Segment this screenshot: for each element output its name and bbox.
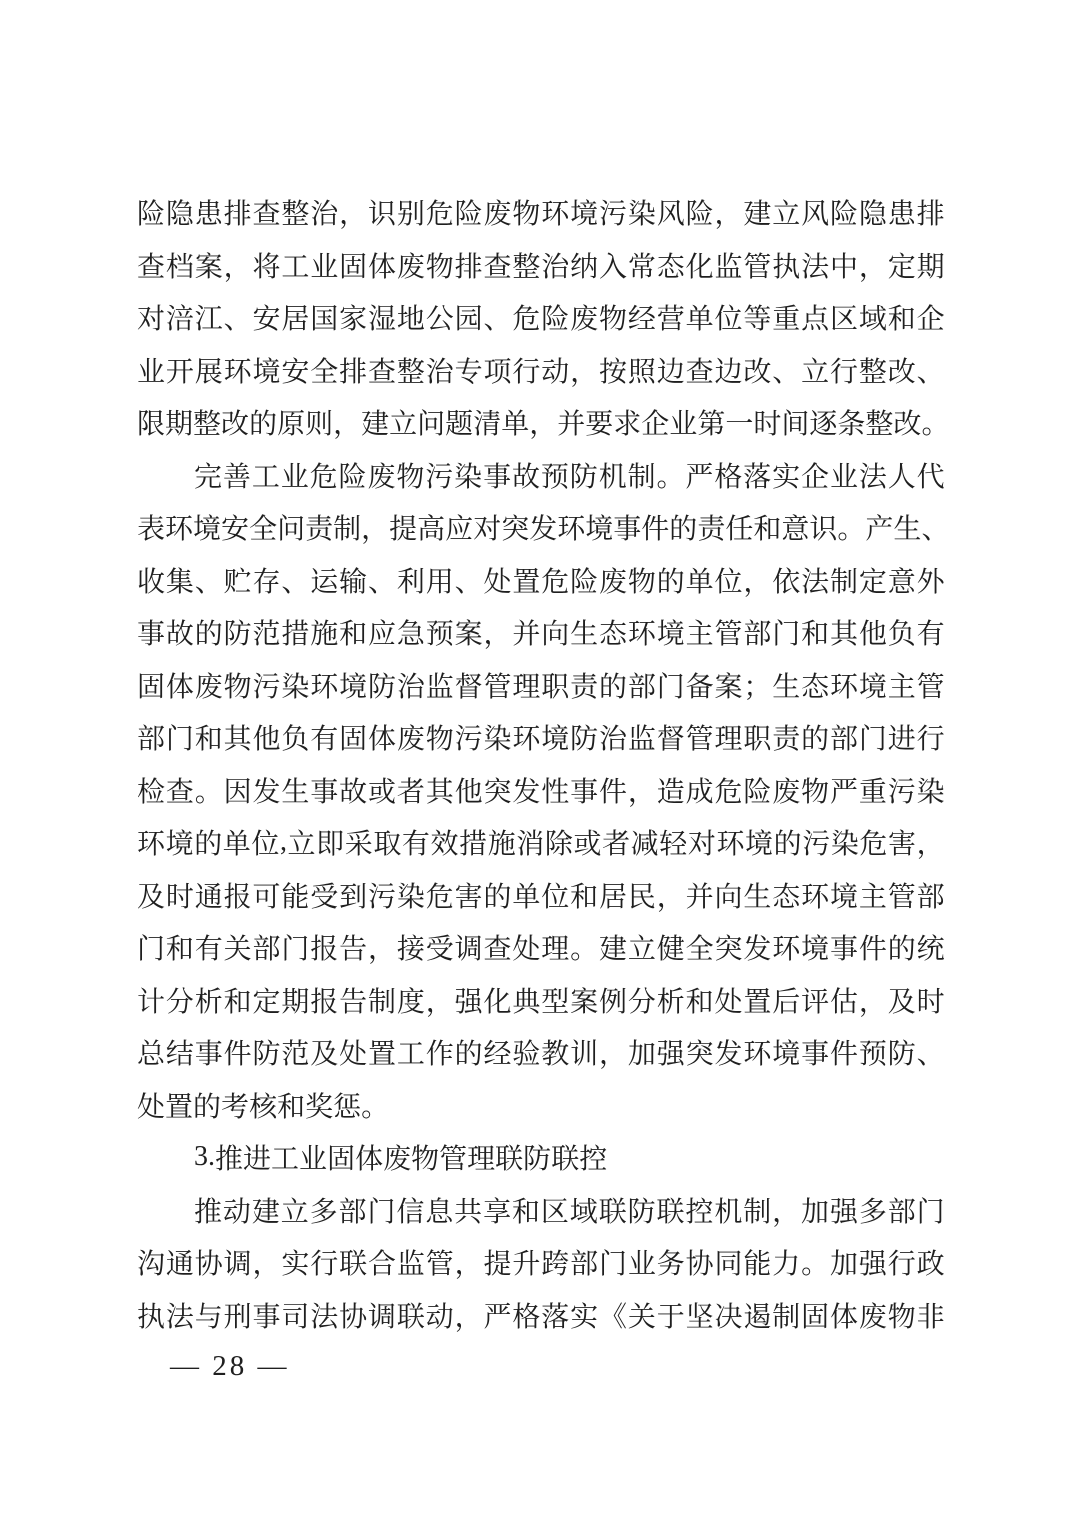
text-line: 完善工业危险废物污染事故预防机制。严格落实企业法人代	[137, 449, 945, 502]
section-heading-line: 3.推进工业固体废物管理联防联控	[137, 1131, 945, 1184]
text-line: 收集、贮存、运输、利用、处置危险废物的单位，依法制定意外	[137, 554, 945, 607]
text-line: 查档案，将工业固体废物排查整治纳入常态化监管执法中，定期	[137, 239, 945, 292]
text-line: 沟通协调，实行联合监管，提升跨部门业务协同能力。加强行政	[137, 1236, 945, 1289]
text-line: 对涪江、安居国家湿地公园、危险废物经营单位等重点区域和企	[137, 291, 945, 344]
document-text-block: 险隐患排查整治，识别危险废物环境污染风险，建立风险隐患排查档案，将工业固体废物排…	[137, 186, 945, 1341]
text-line: 推动建立多部门信息共享和区域联防联控机制，加强多部门	[137, 1184, 945, 1237]
page-number: — 28 —	[170, 1350, 290, 1382]
text-line: 部门和其他负有固体废物污染环境防治监督管理职责的部门进行	[137, 711, 945, 764]
text-line: 处置的考核和奖惩。	[137, 1079, 945, 1132]
text-line: 计分析和定期报告制度，强化典型案例分析和处置后评估，及时	[137, 974, 945, 1027]
text-line: 固体废物污染环境防治监督管理职责的部门备案；生态环境主管	[137, 659, 945, 712]
page-footer: — 28 —	[170, 1350, 290, 1383]
text-line: 险隐患排查整治，识别危险废物环境污染风险，建立风险隐患排	[137, 186, 945, 239]
text-line: 事故的防范措施和应急预案，并向生态环境主管部门和其他负有	[137, 606, 945, 659]
text-line: 业开展环境安全排查整治专项行动，按照边查边改、立行整改、	[137, 344, 945, 397]
text-line: 及时通报可能受到污染危害的单位和居民，并向生态环境主管部	[137, 869, 945, 922]
text-line: 总结事件防范及处置工作的经验教训，加强突发环境事件预防、	[137, 1026, 945, 1079]
text-line: 门和有关部门报告，接受调查处理。建立健全突发环境事件的统	[137, 921, 945, 974]
document-page: 险隐患排查整治，识别危险废物环境污染风险，建立风险隐患排查档案，将工业固体废物排…	[0, 0, 1074, 1520]
text-line: 环境的单位,立即采取有效措施消除或者减轻对环境的污染危害，	[137, 816, 945, 869]
text-line: 检查。因发生事故或者其他突发性事件，造成危险废物严重污染	[137, 764, 945, 817]
text-line: 表环境安全问责制，提高应对突发环境事件的责任和意识。产生、	[137, 501, 945, 554]
text-line: 限期整改的原则，建立问题清单，并要求企业第一时间逐条整改。	[137, 396, 945, 449]
text-line: 执法与刑事司法协调联动，严格落实《关于坚决遏制固体废物非	[137, 1289, 945, 1342]
